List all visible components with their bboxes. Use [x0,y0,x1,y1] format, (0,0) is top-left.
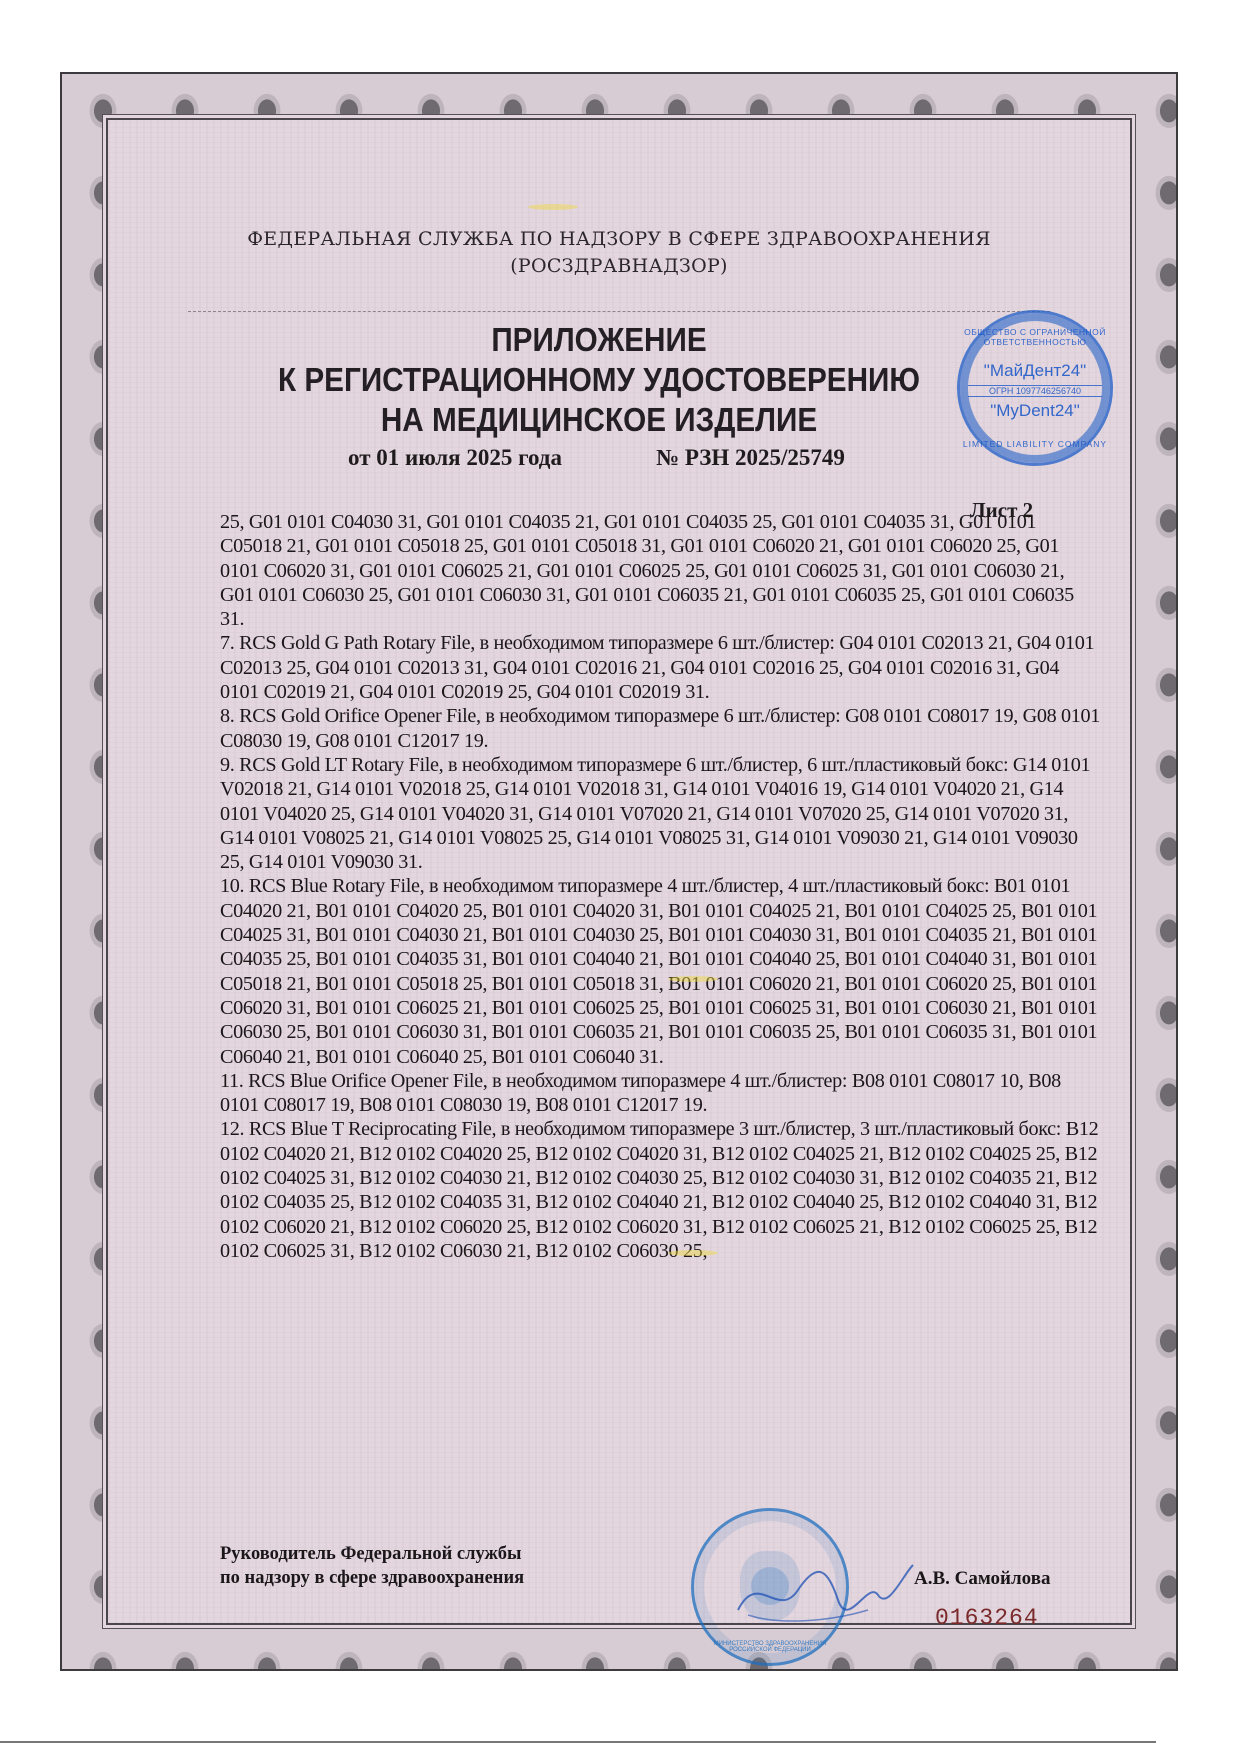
document-title: ПРИЛОЖЕНИЕ К РЕГИСТРАЦИОННОМУ УДОСТОВЕРЕ… [157,320,1041,440]
certificate-body: ФЕДЕРАЛЬНАЯ СЛУЖБА ПО НАДЗОРУ В СФЕРЕ ЗД… [106,118,1132,1625]
issue-date: от 01 июля 2025 года [348,445,562,471]
stamp-ring-top-text: ОБЩЕСТВО С ОГРАНИЧЕННОЙ ОТВЕТСТВЕННОСТЬЮ [960,327,1110,347]
header-divider [188,311,1050,312]
list-item: 7. RCS Gold G Path Rotary File, в необхо… [220,631,1100,704]
list-item: 12. RCS Blue T Reciprocating File, в нео… [220,1117,1100,1263]
list-item: 9. RCS Gold LT Rotary File, в необходимо… [220,753,1100,874]
registration-number: № РЗН 2025/25749 [656,445,845,471]
company-stamp: ОБЩЕСТВО С ОГРАНИЧЕННОЙ ОТВЕТСТВЕННОСТЬЮ… [957,310,1113,466]
signer-name: А.В. Самойлова [914,1568,1050,1590]
security-mark [528,204,578,210]
list-item: 25, G01 0101 C04030 31, G01 0101 C04035 … [220,510,1100,631]
seal-text: МИНИСТЕРСТВО ЗДРАВООХРАНЕНИЯ РОССИЙСКОЙ … [694,1641,846,1653]
position-line-2: по надзору в сфере здравоохранения [220,1566,524,1590]
stamp-company-name-en: "MyDent24" [960,401,1110,421]
page-edge-rule [0,1741,1156,1743]
position-line-1: Руководитель Федеральной службы [220,1542,524,1566]
stamp-company-name-ru: "МайДент24" [960,361,1110,381]
list-item: 10. RCS Blue Rotary File, в необходимом … [220,874,1100,1068]
certificate-sheet: ФЕДЕРАЛЬНАЯ СЛУЖБА ПО НАДЗОРУ В СФЕРЕ ЗД… [60,72,1178,1671]
stamp-ring-bottom-text: LIMITED LIABILITY COMPANY [960,439,1110,449]
stamp-ogrn: ОГРН 1097746256740 [968,385,1102,397]
security-mark [668,976,718,982]
agency-name: ФЕДЕРАЛЬНАЯ СЛУЖБА ПО НАДЗОРУ В СФЕРЕ ЗД… [108,226,1130,253]
title-line-2: К РЕГИСТРАЦИОННОМУ УДОСТОВЕРЕНИЮ [157,360,1041,400]
list-item: 8. RCS Gold Orifice Opener File, в необх… [220,704,1100,753]
signature-icon [718,1550,918,1630]
security-mark [668,1250,718,1256]
agency-abbreviation: (РОСЗДРАВНАДЗОР) [108,253,1130,280]
list-item: 11. RCS Blue Orifice Opener File, в необ… [220,1069,1100,1118]
title-line-3: НА МЕДИЦИНСКОЕ ИЗДЕЛИЕ [157,400,1041,440]
signatory-position: Руководитель Федеральной службы по надзо… [220,1542,524,1590]
serial-number: 0163264 [935,1605,1039,1631]
agency-header: ФЕДЕРАЛЬНАЯ СЛУЖБА ПО НАДЗОРУ В СФЕРЕ ЗД… [108,226,1130,280]
product-list: 25, G01 0101 C04030 31, G01 0101 C04035 … [220,510,1100,1263]
title-line-1: ПРИЛОЖЕНИЕ [157,320,1041,360]
